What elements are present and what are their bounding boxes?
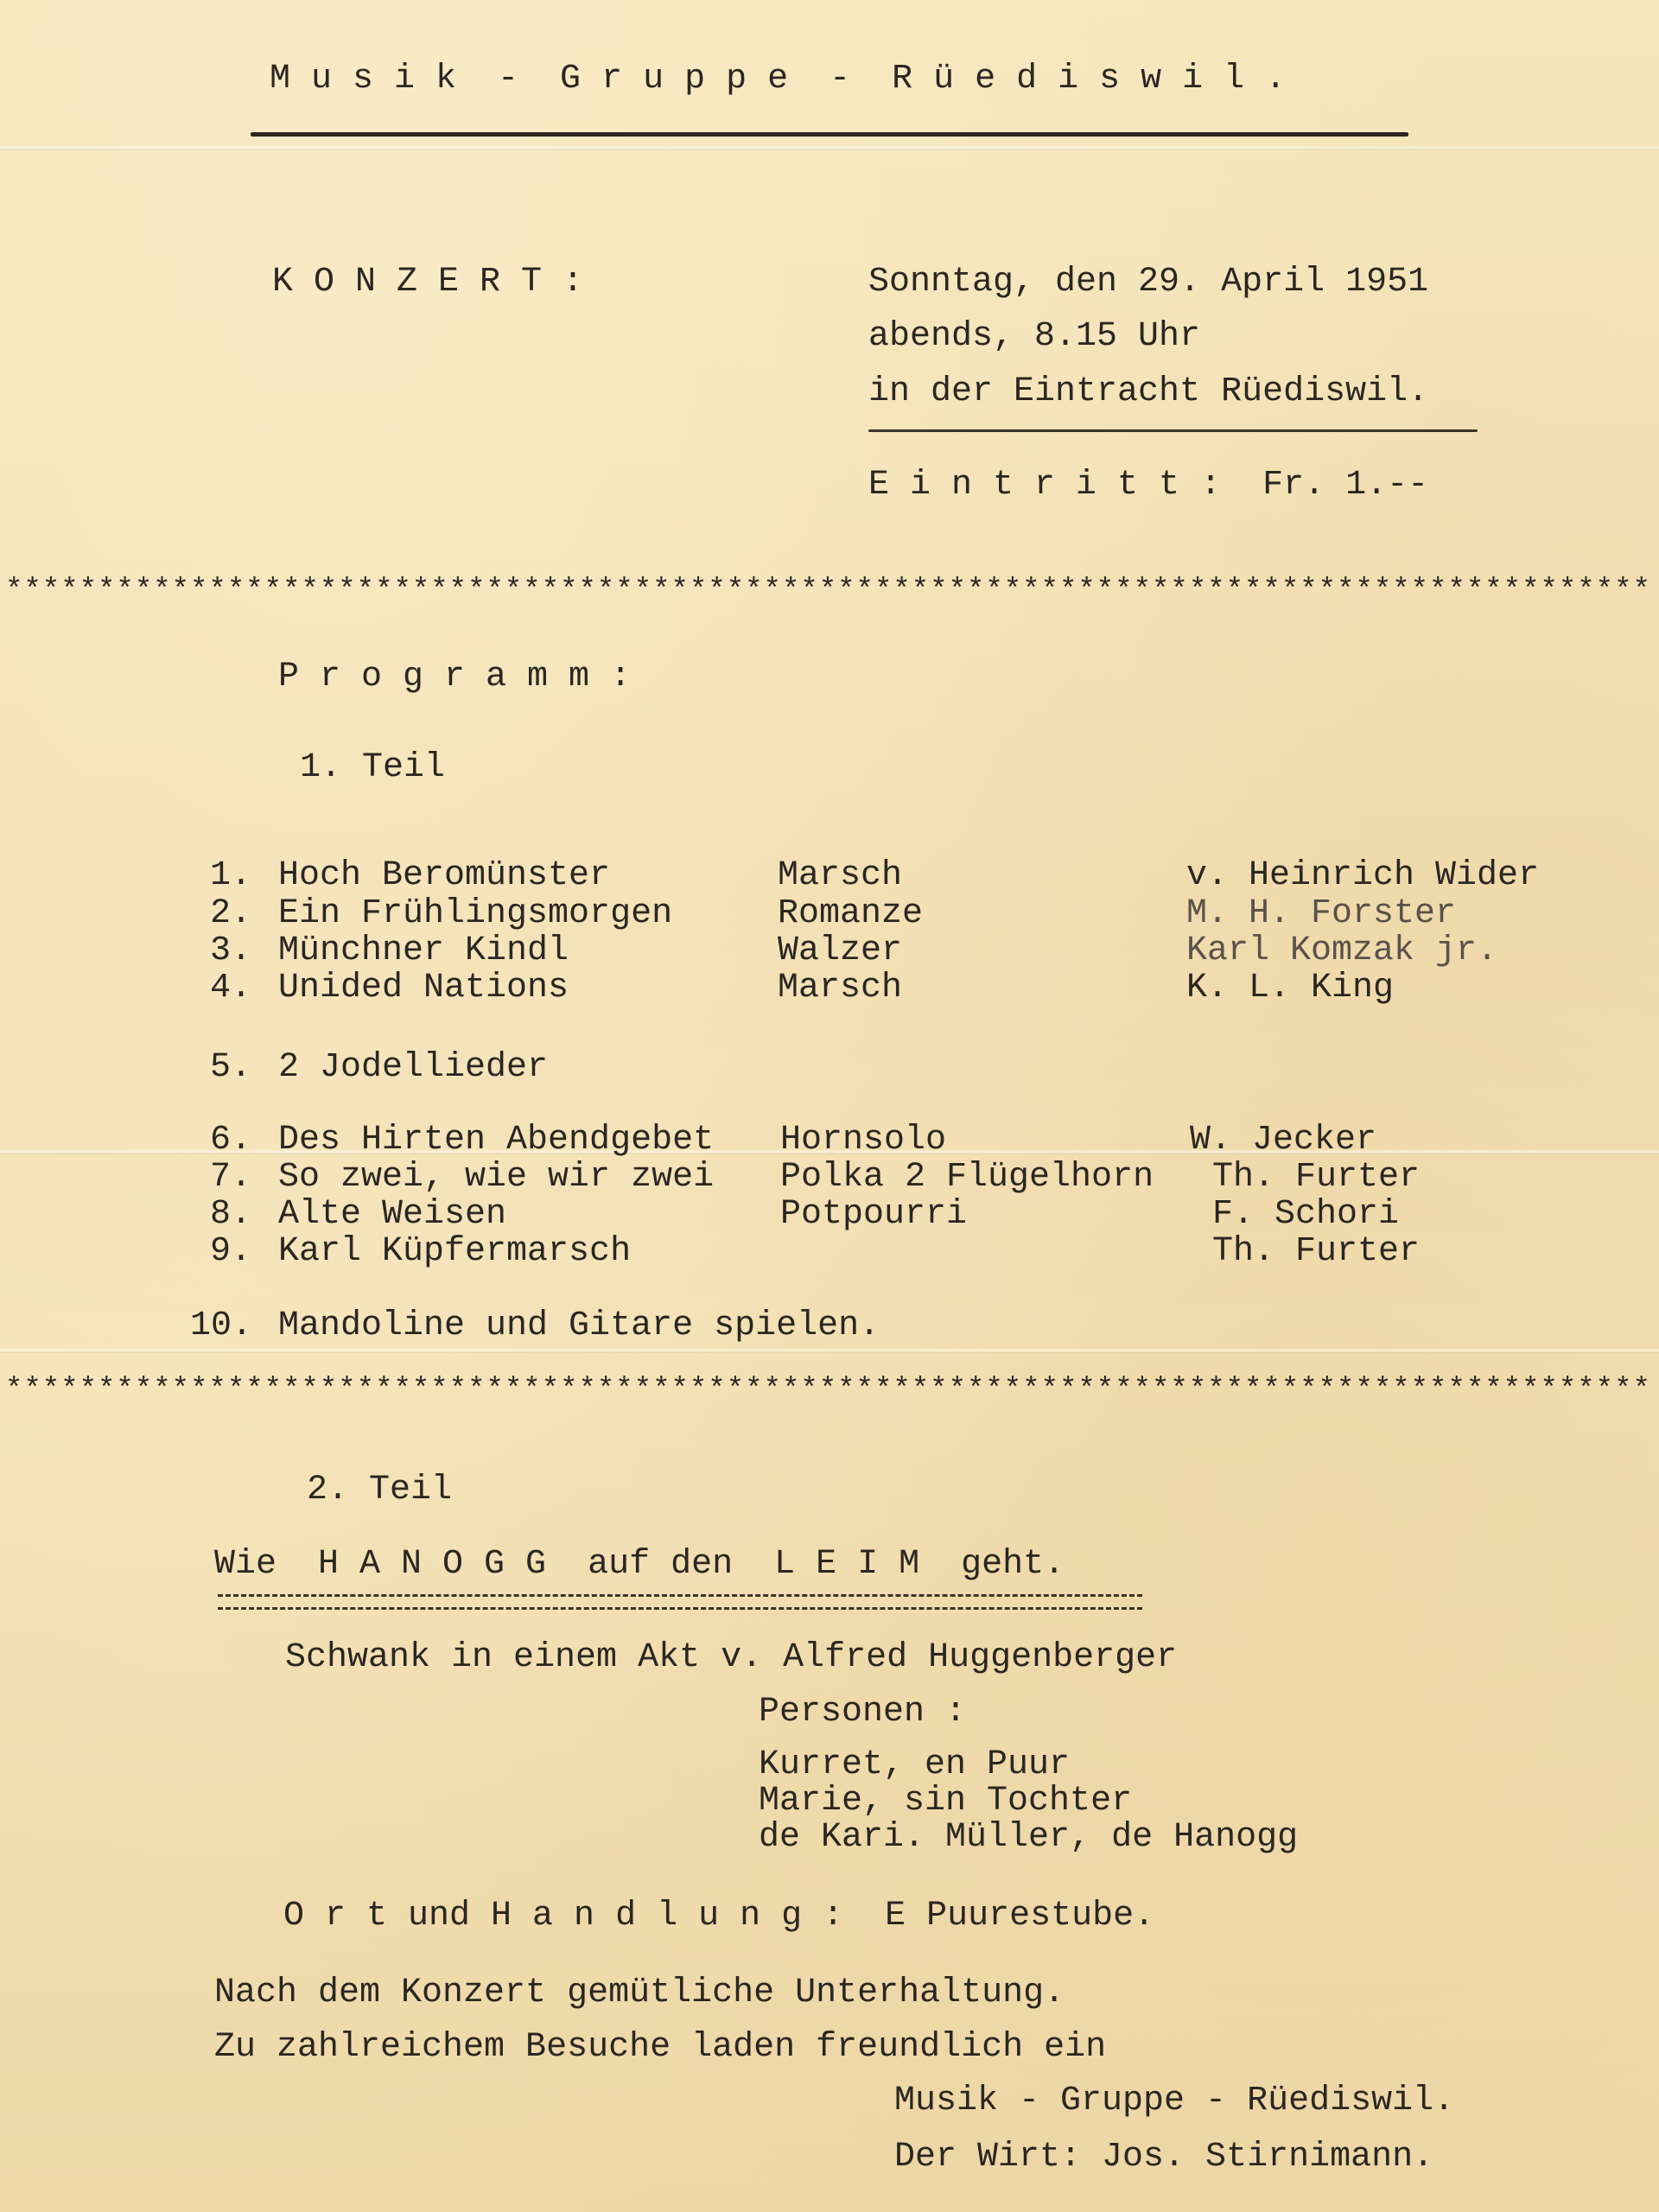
- part1-heading: 1. Teil: [300, 749, 445, 787]
- paper-fold: [0, 1348, 1659, 1353]
- item-title: Ein Frühlingsmorgen: [278, 895, 672, 933]
- invitation-line: Zu zahlreichem Besuche laden freundlich …: [214, 2029, 1106, 2067]
- item-composer: M. H. Forster: [1186, 895, 1456, 933]
- item-genre: Polka 2 Flügelhorn: [780, 1159, 1154, 1197]
- person: Kurret, en Puur: [759, 1746, 1070, 1784]
- item-genre: Hornsolo: [780, 1122, 946, 1160]
- item-number: 1.: [210, 857, 251, 895]
- play-title-double-underline: [218, 1594, 1142, 1610]
- item-number: 5.: [210, 1049, 251, 1087]
- person: Marie, sin Tochter: [759, 1783, 1132, 1821]
- play-subtitle: Schwank in einem Akt v. Alfred Huggenber…: [285, 1639, 1177, 1677]
- item-genre: Romanze: [778, 895, 923, 933]
- concert-label: K O N Z E R T :: [272, 264, 583, 302]
- item-number: 8.: [210, 1196, 251, 1234]
- concert-date: Sonntag, den 29. April 1951: [868, 264, 1428, 302]
- after-concert-note: Nach dem Konzert gemütliche Unterhaltung…: [214, 1974, 1065, 2012]
- item-number: 6.: [210, 1122, 251, 1160]
- concert-venue: in der Eintracht Rüediswil.: [868, 373, 1428, 411]
- asterisk-separator: ****************************************…: [5, 575, 1656, 607]
- program-heading: P r o g r a m m :: [278, 658, 631, 696]
- signature-host: Der Wirt: Jos. Stirnimann.: [894, 2139, 1433, 2177]
- item-composer: K. L. King: [1186, 969, 1394, 1007]
- item-title: Des Hirten Abendgebet: [278, 1122, 714, 1160]
- item-number: 2.: [210, 895, 251, 933]
- item-genre: Potpourri: [780, 1196, 967, 1234]
- header-title: M u s i k - G r u p p e - R ü e d i s w …: [270, 60, 1286, 99]
- item-number: 7.: [210, 1159, 251, 1197]
- item-title: Alte Weisen: [278, 1196, 506, 1234]
- paper-fold: [0, 145, 1659, 150]
- venue-underline: [868, 429, 1478, 432]
- item-title: So zwei, wie wir zwei: [278, 1159, 714, 1197]
- setting-line: O r t und H a n d l u n g : E Puurestube…: [283, 1897, 1154, 1935]
- item-genre: Marsch: [778, 969, 902, 1007]
- part2-heading: 2. Teil: [307, 1471, 452, 1510]
- admission-price: E i n t r i t t : Fr. 1.--: [868, 467, 1428, 505]
- concert-program-sheet: M u s i k - G r u p p e - R ü e d i s w …: [0, 0, 1659, 2212]
- signature-group: Musik - Gruppe - Rüediswil.: [894, 2082, 1454, 2120]
- item-title: Münchner Kindl: [278, 932, 569, 970]
- item-genre: Walzer: [778, 932, 902, 970]
- item-composer: v. Heinrich Wider: [1186, 857, 1539, 895]
- item-title: Unided Nations: [278, 969, 569, 1007]
- play-title: Wie H A N O G G auf den L E I M geht.: [214, 1546, 1065, 1584]
- item-number: 4.: [210, 969, 251, 1007]
- header-underline: [251, 132, 1408, 137]
- concert-time: abends, 8.15 Uhr: [868, 318, 1200, 356]
- asterisk-separator: ****************************************…: [5, 1374, 1656, 1407]
- item-number: 3.: [210, 932, 251, 970]
- item-number: 10.: [190, 1307, 252, 1345]
- persons-label: Personen :: [759, 1694, 966, 1732]
- person: de Kari. Müller, de Hanogg: [759, 1819, 1298, 1857]
- item-composer: Th. Furter: [1212, 1159, 1420, 1197]
- item-genre: Marsch: [778, 857, 902, 895]
- item-number: 9.: [210, 1233, 251, 1271]
- item-composer: Karl Komzak jr.: [1186, 932, 1497, 970]
- item-title: Karl Küpfermarsch: [278, 1233, 631, 1271]
- item-title: Mandoline und Gitare spielen.: [278, 1307, 880, 1345]
- item-title: 2 Jodellieder: [278, 1049, 548, 1087]
- item-composer: Th. Furter: [1212, 1233, 1420, 1271]
- item-composer: W. Jecker: [1190, 1122, 1376, 1160]
- item-composer: F. Schori: [1212, 1196, 1399, 1234]
- item-title: Hoch Beromünster: [278, 857, 610, 895]
